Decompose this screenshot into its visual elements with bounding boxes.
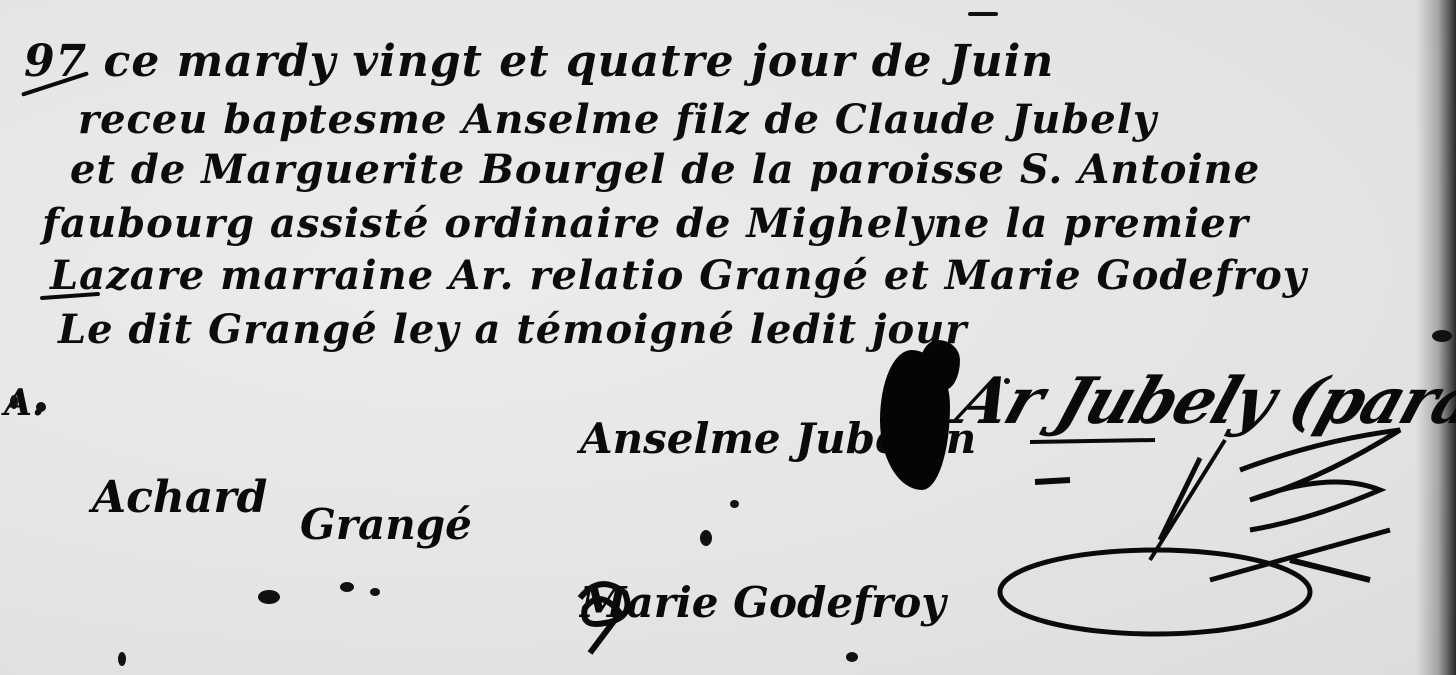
ink-speck [700, 530, 712, 546]
signature-achard: Achard [92, 472, 267, 523]
ink-speck [370, 588, 380, 596]
ink-speck [968, 12, 998, 16]
ink-speck [118, 652, 126, 666]
signature-grange: Grangé [300, 500, 472, 549]
paraphe-flourish-icon [990, 420, 1420, 650]
register-page: 97 ce mardy vingt et quatre jour de Juin… [0, 0, 1456, 675]
entry-line-5: Lazare marraine Ar. relatio Grangé et Ma… [50, 252, 1307, 299]
entry-line-6: Le dit Grangé ley a témoigné ledit jour [58, 306, 967, 353]
ink-speck [846, 652, 858, 662]
ink-speck [10, 395, 18, 409]
entry-line-2: receu baptesme Anselme filz de Claude Ju… [78, 96, 1157, 143]
ink-speck [1432, 330, 1452, 342]
ink-speck [730, 500, 739, 508]
ink-speck [36, 402, 46, 412]
ink-blot-small [920, 340, 960, 390]
mark-cross-icon [570, 568, 640, 658]
ink-speck [1004, 378, 1010, 384]
ink-speck [340, 582, 354, 592]
entry-line-1: 97 ce mardy vingt et quatre jour de Juin [24, 36, 1054, 87]
entry-line-3: et de Marguerite Bourgel de la paroisse … [70, 146, 1260, 193]
ink-speck [258, 590, 280, 604]
entry-line-4: faubourg assisté ordinaire de Mighelyne … [42, 200, 1249, 247]
